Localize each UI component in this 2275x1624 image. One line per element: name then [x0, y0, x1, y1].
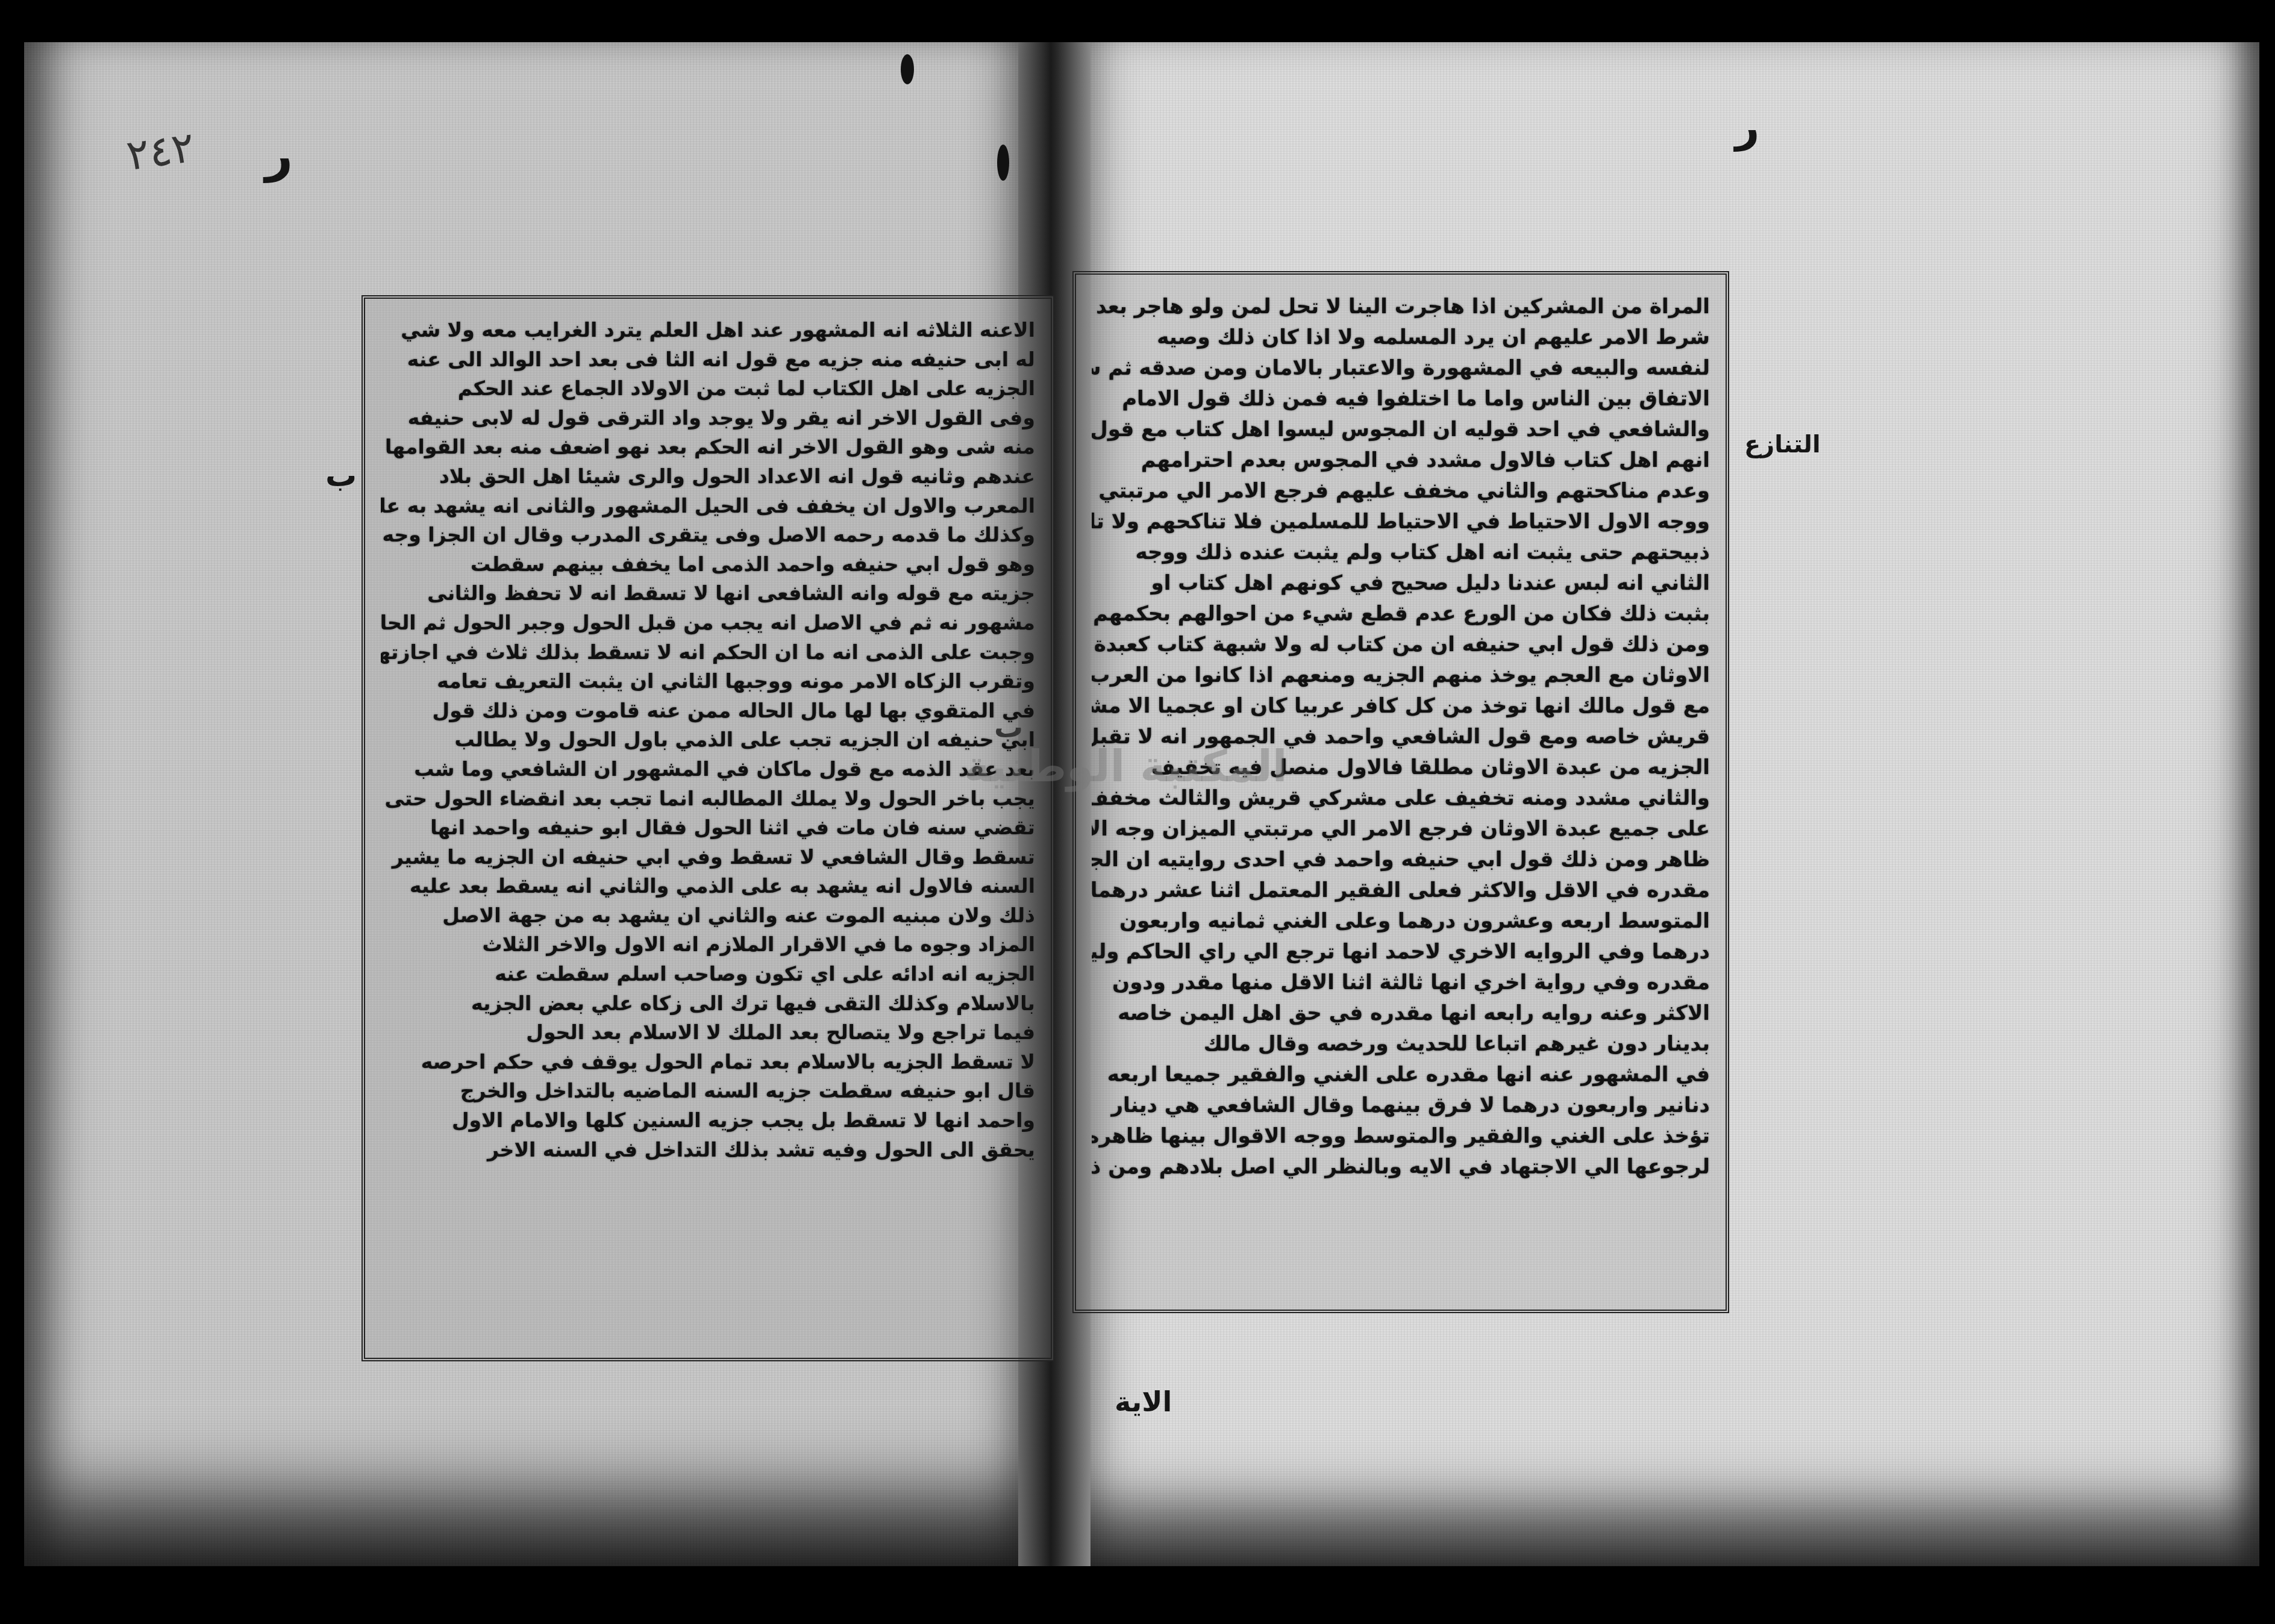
manuscript-line: الاكثر وعنه روايه رابعه انها مقدره في حق…	[1092, 998, 1710, 1029]
left-corner-mark: ر	[265, 126, 293, 183]
right-text-block: المراة من المشركين اذا هاجرت الينا لا تح…	[1072, 271, 1729, 1313]
manuscript-line: المزاد وجوه ما في الاقرار الملازم انه ال…	[381, 930, 1035, 960]
manuscript-line: لا تسقط الجزيه بالاسلام بعد تمام الحول ي…	[381, 1048, 1035, 1077]
manuscript-line: مقدره وفي رواية اخري انها ثالثة اثنا الا…	[1092, 967, 1710, 998]
library-watermark: المكتبة الوطنية	[964, 741, 1287, 792]
manuscript-line: مقدره في الاقل والاكثر فعلى الفقير المعت…	[1092, 875, 1710, 906]
manuscript-line: والشافعي في احد قوليه ان المجوس ليسوا اه…	[1092, 414, 1710, 445]
manuscript-line: تؤخذ على الغني والفقير والمتوسط ووجه الا…	[1092, 1121, 1710, 1152]
manuscript-line: المعرب والاول ان يخفف فى الحيل المشهور و…	[381, 492, 1035, 521]
manuscript-line: درهما وفي الروايه الاخري لاحمد انها ترجع…	[1092, 937, 1710, 967]
manuscript-line: مشهور نه ثم في الاصل انه يجب من قبل الحو…	[381, 608, 1035, 638]
manuscript-line: ذبيحتهم حتى يثبت انه اهل كتاب ولم يثبت ع…	[1092, 537, 1710, 568]
manuscript-line: الاوثان مع العجم يوخذ منهم الجزيه ومنعهم…	[1092, 660, 1710, 691]
manuscript-line: مع قول مالك انها توخذ من كل كافر عربيا ك…	[1092, 691, 1710, 722]
manuscript-line: تسقط وقال الشافعي لا تسقط وفي ابي حنيفه …	[381, 843, 1035, 872]
manuscript-line: جزيته مع قوله وانه الشافعى انها لا تسقط …	[381, 579, 1035, 608]
manuscript-line: عندهم وثانيه قول انه الاعداد الحول والرى…	[381, 462, 1035, 492]
manuscript-line: ووجه الاول الاحتياط في الاحتياط للمسلمين…	[1092, 507, 1710, 537]
manuscript-line: الاتفاق بين الناس واما ما اختلفوا فيه فم…	[1092, 384, 1710, 414]
manuscript-line: لنفسه والبيعه في المشهورة والاعتبار بالا…	[1092, 353, 1710, 384]
manuscript-line: يحقق الى الحول وفيه تشد بذلك التداخل في …	[381, 1135, 1035, 1165]
manuscript-line: المراة من المشركين اذا هاجرت الينا لا تح…	[1092, 292, 1710, 322]
manuscript-line: الثاني انه لبس عندنا دليل صحيح في كونهم …	[1092, 568, 1710, 599]
manuscript-line: تقضي سنه فان مات في اثنا الحول فقال ابو …	[381, 813, 1035, 843]
manuscript-line: بعد عقد الذمه مع قول ماكان في المشهور ان…	[381, 755, 1035, 784]
manuscript-line: واحمد انها لا تسقط بل يجب جزيه السنين كل…	[381, 1106, 1035, 1135]
manuscript-line: شرط الامر عليهم ان يرد المسلمه ولا اذا ك…	[1092, 322, 1710, 353]
manuscript-line: ذلك ولان مبنيه الموت عنه والثاني ان يشهد…	[381, 901, 1035, 931]
manuscript-line: الجزيه انه ادائه على اي تكون وصاحب اسلم …	[381, 960, 1035, 989]
manuscript-line: ظاهر ومن ذلك قول ابي حنيفه واحمد في احدى…	[1092, 845, 1710, 875]
catchword: الاية	[1115, 1385, 1172, 1418]
manuscript-line: في المشهور عنه انها مقدره على الغني والف…	[1092, 1060, 1710, 1090]
manuscript-line: منه شى وهو القول الاخر انه الحكم بعد نهو…	[381, 433, 1035, 462]
right-margin-note: التنازع	[1744, 431, 1821, 458]
manuscript-line: وفى القول الاخر انه يقر ولا يوجد واد الت…	[381, 404, 1035, 433]
manuscript-line: ابي حنيفه ان الجزيه تجب على الذمي باول ا…	[381, 725, 1035, 755]
manuscript-line: على جميع عبدة الاوثان فرجع الامر الي مرت…	[1092, 814, 1710, 845]
left-margin-note: ب	[325, 458, 357, 494]
right-corner-mark: ر	[1735, 102, 1759, 152]
manuscript-line: وكذلك ما قدمه رحمه الاصل وفى يتقرى المدر…	[381, 520, 1035, 550]
manuscript-line: السنه فالاول انه يشهد به على الذمي والثا…	[381, 872, 1035, 901]
manuscript-line: بدينار دون غيرهم اتباعا للحديث ورخصه وقا…	[1092, 1029, 1710, 1060]
manuscript-line: قال ابو حنيفه سقطت جزيه السنه الماضيه با…	[381, 1076, 1035, 1106]
manuscript-line: الاعنه الثلاثه انه المشهور عند اهل العلم…	[381, 316, 1035, 345]
scan-top-edge	[0, 0, 2275, 42]
manuscript-line: وجبت على الذمى انه ما ان الحكم انه لا تس…	[381, 638, 1035, 667]
manuscript-line: وتقرب الزكاه الامر مونه ووجبها الثاني ان…	[381, 667, 1035, 696]
ink-blot	[901, 54, 914, 84]
manuscript-line: فيما تراجع ولا يتصالح بعد الملك لا الاسل…	[381, 1018, 1035, 1048]
manuscript-line: له ابى حنيفه منه جزيه مع قول انه الثا فى…	[381, 345, 1035, 375]
manuscript-line: يجب باخر الحول ولا يملك المطالبه انما تج…	[381, 784, 1035, 814]
manuscript-line: وعدم مناكحتهم والثاني مخفف عليهم فرجع ال…	[1092, 476, 1710, 507]
manuscript-line: في المتقوي بها لها مال الحاله ممن عنه قا…	[381, 696, 1035, 726]
manuscript-line: المتوسط اربعه وعشرون درهما وعلى الغني ثم…	[1092, 906, 1710, 937]
manuscript-line: الجزيه على اهل الكتاب لما ثبت من الاولاد…	[381, 374, 1035, 404]
folio-number: ٢٤٢	[124, 122, 198, 181]
manuscript-line: لرجوعها الي الاجتهاد في الايه وبالنظر ال…	[1092, 1152, 1710, 1182]
manuscript-line: انهم اهل كتاب فالاول مشدد في المجوس بعدم…	[1092, 445, 1710, 476]
manuscript-line: ومن ذلك قول ابي حنيفه ان من كتاب له ولا …	[1092, 629, 1710, 660]
manuscript-line: بثبت ذلك فكان من الورع عدم قطع شيء من اح…	[1092, 599, 1710, 629]
left-text-block: الاعنه الثلاثه انه المشهور عند اهل العلم…	[361, 295, 1054, 1361]
manuscript-line: وهو قول ابي حنيفه واحمد الذمى اما يخفف ب…	[381, 550, 1035, 579]
ink-blot	[997, 145, 1009, 181]
manuscript-line: بالاسلام وكذلك التقى فيها ترك الى زكاه ع…	[381, 989, 1035, 1019]
manuscript-line: دنانير واربعون درهما لا فرق بينهما وقال …	[1092, 1090, 1710, 1121]
